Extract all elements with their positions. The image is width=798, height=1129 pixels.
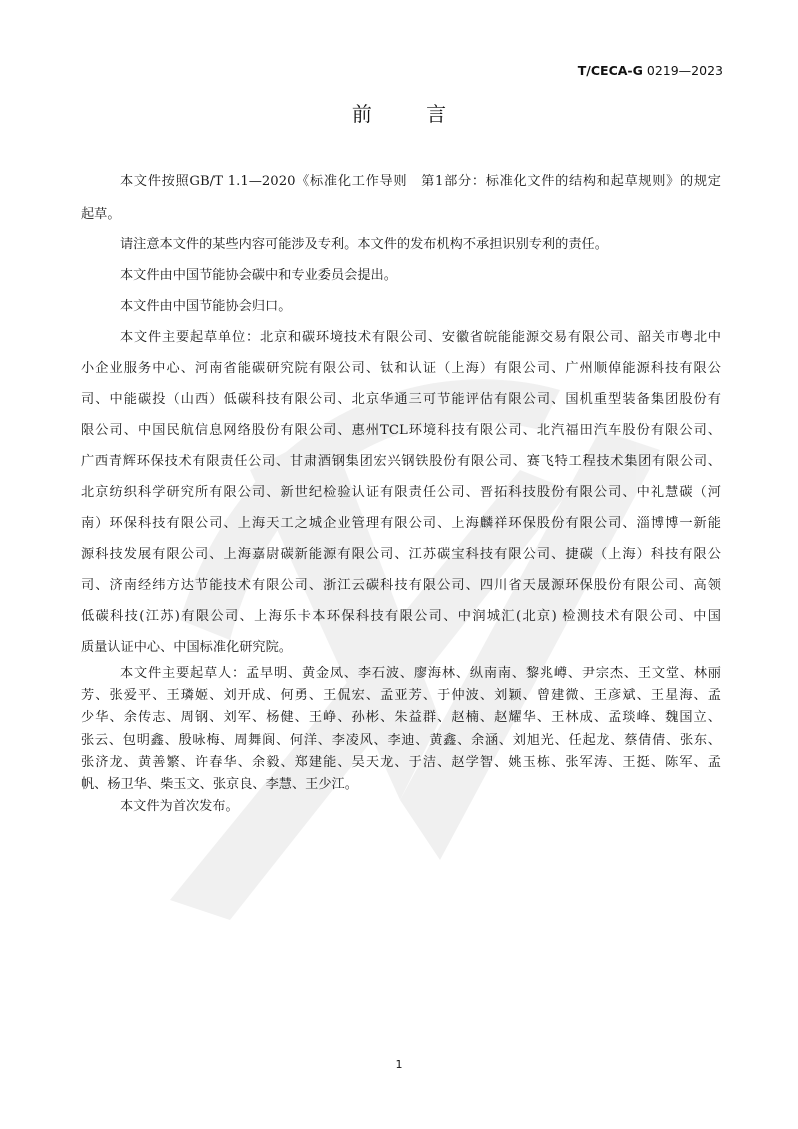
paragraph-line: 源科技发展有限公司、上海嘉尉碳新能源有限公司、江苏碳宝科技有限公司、捷碳（上海）… (81, 547, 721, 563)
paragraph-line: 起草。 (81, 207, 721, 223)
paragraph-line: 少华、余传志、周钢、刘军、杨健、王峥、孙彬、朱益群、赵楠、赵耀华、王林成、孟琰峰… (81, 710, 721, 726)
paragraph-line: 芳、张爱平、王璘姬、刘开成、何勇、王侃宏、孟亚芳、于仲波、刘颖、曾建微、王彦斌、… (81, 688, 721, 704)
page-title: 前 言 (0, 98, 798, 127)
paragraph-line: 低碳科技(江苏)有限公司、上海乐卡本环保科技有限公司、中润城汇(北京) 检测技术… (81, 609, 721, 625)
paragraph-line: 北京纺织科学研究所有限公司、新世纪检验认证有限责任公司、晋拓科技股份有限公司、中… (81, 485, 721, 501)
paragraph-line: 张济龙、黄善繁、许春华、余毅、郑建能、吴天龙、于洁、赵学智、姚玉栋、张军涛、王挺… (81, 755, 721, 771)
paragraph-line: 本文件由中国节能协会碳中和专业委员会提出。 (81, 268, 721, 284)
paragraph-line: 帆、杨卫华、柴玉文、张京良、李慧、王少江。 (81, 777, 721, 793)
standard-prefix: T/CECA-G (578, 63, 643, 78)
paragraph-line: 本文件由中国节能协会归口。 (81, 299, 721, 315)
paragraph-line: 南）环保科技有限公司、上海天工之城企业管理有限公司、上海麟祥环保股份有限公司、淄… (81, 516, 721, 532)
page-number: 1 (0, 1058, 798, 1071)
paragraph-line: 本文件主要起草单位：北京和碳环境技术有限公司、安徽省皖能能源交易有限公司、韶关市… (81, 330, 721, 346)
paragraph-line: 司、济南经纬方达节能技术有限公司、浙江云碳科技有限公司、四川省天晟源环保股份有限… (81, 578, 721, 594)
paragraph-line: 司、中能碳投（山西）低碳科技有限公司、北京华通三可节能评估有限公司、国机重型装备… (81, 392, 721, 408)
paragraph-line: 本文件为首次发布。 (81, 799, 721, 815)
paragraph-line: 请注意本文件的某些内容可能涉及专利。本文件的发布机构不承担识别专利的责任。 (81, 237, 721, 253)
paragraph-line: 广西青辉环保技术有限责任公司、甘肃酒钢集团宏兴钢铁股份有限公司、赛飞特工程技术集… (81, 454, 721, 470)
paragraph-line: 张云、包明鑫、殷咏梅、周舞阆、何洋、李凌风、李迪、黄鑫、余涵、刘旭光、任起龙、蔡… (81, 733, 721, 749)
standard-number: 0219—2023 (647, 63, 723, 78)
paragraph-line: 本文件按照GB/T 1.1—2020《标准化工作导则 第1部分：标准化文件的结构… (81, 174, 721, 190)
paragraph-line: 质量认证中心、中国标准化研究院。 (81, 640, 721, 656)
watermark-logo-icon (0, 0, 798, 1129)
document-page: T/CECA-G 0219—2023 前 言 本文件按照GB/T 1.1—202… (0, 0, 798, 1129)
title-char-1: 前 (352, 98, 372, 127)
paragraph-line: 本文件主要起草人：孟早明、黄金凤、李石波、廖海林、纵南南、黎兆嶟、尹宗杰、王文堂… (81, 666, 721, 682)
standard-code: T/CECA-G 0219—2023 (578, 63, 723, 78)
paragraph-line: 小企业服务中心、河南省能碳研究院有限公司、钛和认证（上海）有限公司、广州顺倬能源… (81, 361, 721, 377)
paragraph-line: 限公司、中国民航信息网络股份有限公司、惠州TCL环境科技有限公司、北汽福田汽车股… (81, 423, 721, 439)
title-char-2: 言 (426, 98, 446, 127)
